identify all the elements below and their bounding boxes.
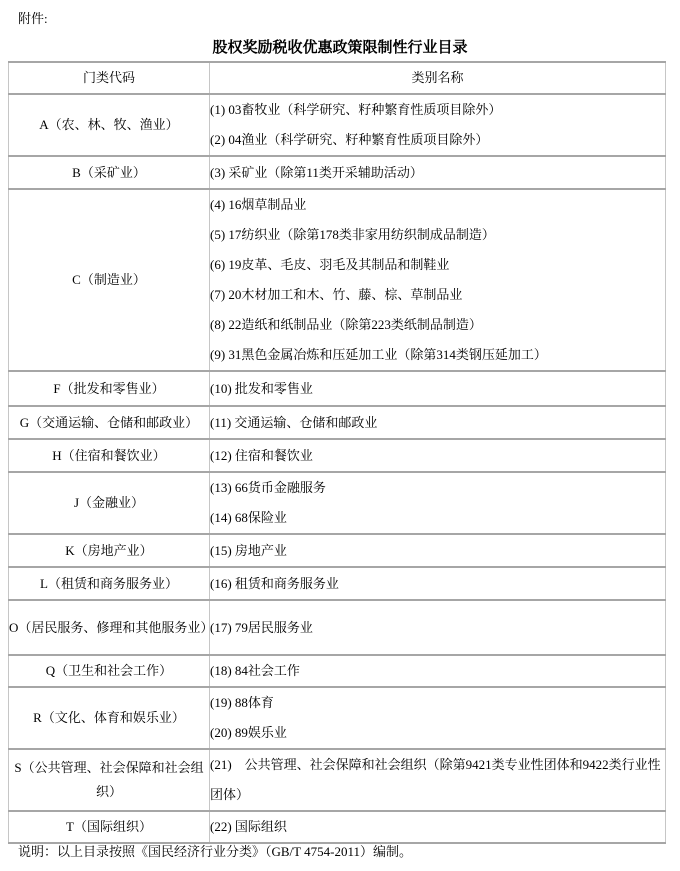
category-item: (3) 采矿业（除第11类开采辅助活动） (210, 158, 665, 188)
table-row-j: J（金融业） (13) 66货币金融服务 (14) 68保险业 (9, 472, 666, 534)
category-item: (2) 04渔业（科学研究、籽种繁育性质项目除外） (210, 125, 665, 155)
page-title: 股权奖励税收优惠政策限制性行业目录 (0, 38, 680, 58)
table-row-g: G（交通运输、仓储和邮政业） (11) 交通运输、仓储和邮政业 (9, 406, 666, 439)
category-items: (21) 公共管理、社会保障和社会组织（除第9421类专业性团体和9422类行业… (210, 749, 666, 811)
industry-catalog-table: 门类代码 类别名称 A（农、林、牧、渔业） (1) 03畜牧业（科学研究、籽种繁… (8, 61, 666, 844)
table-row-f: F（批发和零售业） (10) 批发和零售业 (9, 371, 666, 406)
category-code: K（房地产业） (9, 534, 210, 567)
category-items: (16) 租赁和商务服务业 (210, 567, 666, 600)
category-code: F（批发和零售业） (9, 371, 210, 406)
category-items: (22) 国际组织 (210, 811, 666, 843)
category-code: O（居民服务、修理和其他服务业） (9, 600, 210, 655)
category-item: (17) 79居民服务业 (210, 613, 665, 643)
category-items: (3) 采矿业（除第11类开采辅助活动） (210, 156, 666, 189)
document-page: 附件: 股权奖励税收优惠政策限制性行业目录 门类代码 类别名称 A（农、林、牧、… (0, 0, 680, 871)
category-items: (12) 住宿和餐饮业 (210, 439, 666, 472)
category-item: (13) 66货币金融服务 (210, 473, 665, 503)
category-items: (19) 88体育 (20) 89娱乐业 (210, 687, 666, 749)
category-item: (20) 89娱乐业 (210, 718, 665, 748)
table-row-k: K（房地产业） (15) 房地产业 (9, 534, 666, 567)
category-code: L（租赁和商务服务业） (9, 567, 210, 600)
table-row-o: O（居民服务、修理和其他服务业） (17) 79居民服务业 (9, 600, 666, 655)
table-row-s: S（公共管理、社会保障和社会组织） (21) 公共管理、社会保障和社会组织（除第… (9, 749, 666, 811)
category-code: Q（卫生和社会工作） (9, 655, 210, 687)
table-row-b: B（采矿业） (3) 采矿业（除第11类开采辅助活动） (9, 156, 666, 189)
category-code: H（住宿和餐饮业） (9, 439, 210, 472)
category-item: (22) 国际组织 (210, 812, 665, 842)
column-header-code: 门类代码 (9, 62, 210, 94)
explanatory-note: 说明：以上目录按照《国民经济行业分类》（GB/T 4754-2011）编制。 (18, 843, 668, 861)
category-items: (11) 交通运输、仓储和邮政业 (210, 406, 666, 439)
table-header-row: 门类代码 类别名称 (9, 62, 666, 94)
column-header-name: 类别名称 (210, 62, 666, 94)
category-code: C（制造业） (9, 189, 210, 371)
category-item: (10) 批发和零售业 (210, 374, 665, 404)
category-items: (17) 79居民服务业 (210, 600, 666, 655)
category-code: G（交通运输、仓储和邮政业） (9, 406, 210, 439)
category-items: (18) 84社会工作 (210, 655, 666, 687)
category-code: B（采矿业） (9, 156, 210, 189)
table-row-a: A（农、林、牧、渔业） (1) 03畜牧业（科学研究、籽种繁育性质项目除外） (… (9, 94, 666, 156)
category-item: (15) 房地产业 (210, 536, 665, 566)
table-row-t: T（国际组织） (22) 国际组织 (9, 811, 666, 843)
category-item: (19) 88体育 (210, 688, 665, 718)
table-row-h: H（住宿和餐饮业） (12) 住宿和餐饮业 (9, 439, 666, 472)
table-row-l: L（租赁和商务服务业） (16) 租赁和商务服务业 (9, 567, 666, 600)
category-item: (11) 交通运输、仓储和邮政业 (210, 408, 665, 438)
category-code: S（公共管理、社会保障和社会组织） (9, 749, 210, 811)
category-item: (12) 住宿和餐饮业 (210, 441, 665, 471)
category-item: (5) 17纺织业（除第178类非家用纺织制成品制造） (210, 220, 665, 250)
category-items: (13) 66货币金融服务 (14) 68保险业 (210, 472, 666, 534)
category-items: (4) 16烟草制品业 (5) 17纺织业（除第178类非家用纺织制成品制造） … (210, 189, 666, 371)
attachment-label: 附件: (18, 10, 48, 28)
category-item: (9) 31黑色金属冶炼和压延加工业（除第314类钢压延加工） (210, 340, 665, 370)
category-item: (21) 公共管理、社会保障和社会组织（除第9421类专业性团体和9422类行业… (210, 750, 665, 810)
category-item: (14) 68保险业 (210, 503, 665, 533)
category-item: (8) 22造纸和纸制品业（除第223类纸制品制造） (210, 310, 665, 340)
category-items: (1) 03畜牧业（科学研究、籽种繁育性质项目除外） (2) 04渔业（科学研究… (210, 94, 666, 156)
table-row-r: R（文化、体育和娱乐业） (19) 88体育 (20) 89娱乐业 (9, 687, 666, 749)
category-code: R（文化、体育和娱乐业） (9, 687, 210, 749)
category-items: (10) 批发和零售业 (210, 371, 666, 406)
table-row-c: C（制造业） (4) 16烟草制品业 (5) 17纺织业（除第178类非家用纺织… (9, 189, 666, 371)
table-row-q: Q（卫生和社会工作） (18) 84社会工作 (9, 655, 666, 687)
category-item: (6) 19皮革、毛皮、羽毛及其制品和制鞋业 (210, 250, 665, 280)
category-item: (4) 16烟草制品业 (210, 190, 665, 220)
category-code: T（国际组织） (9, 811, 210, 843)
category-code: J（金融业） (9, 472, 210, 534)
category-code: A（农、林、牧、渔业） (9, 94, 210, 156)
category-item: (7) 20木材加工和木、竹、藤、棕、草制品业 (210, 280, 665, 310)
category-item: (16) 租赁和商务服务业 (210, 569, 665, 599)
category-item: (1) 03畜牧业（科学研究、籽种繁育性质项目除外） (210, 95, 665, 125)
category-items: (15) 房地产业 (210, 534, 666, 567)
category-item: (18) 84社会工作 (210, 656, 665, 686)
